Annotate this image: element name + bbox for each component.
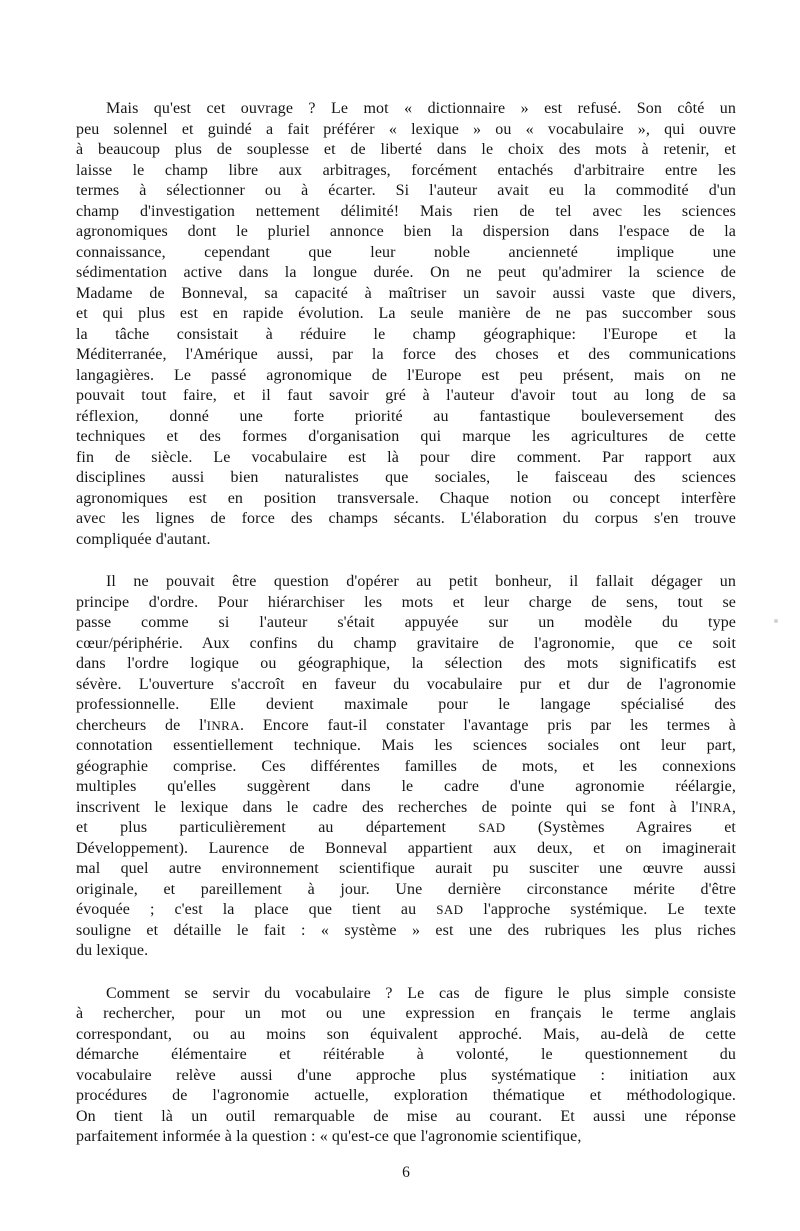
small-caps-acronym: SAD (478, 820, 505, 835)
small-caps-acronym: INRA (207, 718, 240, 733)
text-line: Madame de Bonneval, sa capacité à maîtri… (76, 284, 736, 305)
text-line: avec les lignes de force des champs séca… (76, 509, 736, 530)
text-line: passe comme si l'auteur s'était appuyée … (76, 613, 736, 634)
text-line: Méditerranée, l'Amérique aussi, par la f… (76, 345, 736, 366)
text-line: originale, et pareillement à jour. Une d… (76, 880, 736, 901)
text-line: connotation essentiellement technique. M… (76, 736, 736, 757)
text-line: agronomiques dont le pluriel annonce bie… (76, 222, 736, 243)
text-line: peu solennel et guindé a fait préférer «… (76, 120, 736, 141)
text-line: dans l'ordre logique ou géographique, la… (76, 654, 736, 675)
text-line: pouvait tout faire, et il faut savoir gr… (76, 386, 736, 407)
text-line: à rechercher, pour un mot ou une express… (76, 1004, 736, 1025)
text-line: fin de siècle. Le vocabulaire est là pou… (76, 448, 736, 469)
text-line: multiples qu'elles suggèrent dans le cad… (76, 777, 736, 798)
text-line: Développement). Laurence de Bonneval app… (76, 839, 736, 860)
scan-artifact-dot (774, 619, 778, 623)
text-line: souligne et détaille le fait : « système… (76, 921, 736, 942)
text-line: parfaitement informée à la question : « … (76, 1127, 736, 1148)
text-line: termes à sélectionner ou à écarter. Si l… (76, 181, 736, 202)
text-line: la tâche consistait à réduire le champ g… (76, 325, 736, 346)
small-caps-acronym: SAD (436, 902, 463, 917)
text-line: Mais qu'est cet ouvrage ? Le mot « dicti… (76, 99, 736, 120)
text-line: compliquée d'autant. (76, 530, 736, 551)
text-line: et plus particulièrement au département … (76, 818, 736, 839)
text-line: agronomiques est en position transversal… (76, 489, 736, 510)
text-line: du lexique. (76, 941, 736, 962)
paragraph: Il ne pouvait être question d'opérer au … (76, 572, 736, 962)
text-line: Il ne pouvait être question d'opérer au … (76, 572, 736, 593)
text-line: évoquée ; c'est la place que tient au SA… (76, 900, 736, 921)
body-text: Mais qu'est cet ouvrage ? Le mot « dicti… (76, 99, 736, 1148)
text-line: réflexion, donné une forte priorité au f… (76, 407, 736, 428)
text-line: cœur/périphérie. Aux confins du champ gr… (76, 634, 736, 655)
small-caps-acronym: INRA (699, 800, 732, 815)
text-line: principe d'ordre. Pour hiérarchiser les … (76, 593, 736, 614)
text-line: professionnelle. Elle devient maximale p… (76, 695, 736, 716)
text-line: correspondant, ou au moins son équivalen… (76, 1025, 736, 1046)
text-line: techniques et des formes d'organisation … (76, 427, 736, 448)
paragraph: Comment se servir du vocabulaire ? Le ca… (76, 984, 736, 1148)
text-line: sévère. L'ouverture s'accroît en faveur … (76, 675, 736, 696)
paragraph: Mais qu'est cet ouvrage ? Le mot « dicti… (76, 99, 736, 550)
text-line: chercheurs de l'INRA. Encore faut-il con… (76, 716, 736, 737)
text-line: champ d'investigation nettement délimité… (76, 202, 736, 223)
text-line: Comment se servir du vocabulaire ? Le ca… (76, 984, 736, 1005)
text-line: disciplines aussi bien naturalistes que … (76, 468, 736, 489)
page-number: 6 (76, 1163, 736, 1183)
text-line: vocabulaire relève aussi d'une approche … (76, 1066, 736, 1087)
text-line: démarche élémentaire et réitérable à vol… (76, 1045, 736, 1066)
text-line: langagières. Le passé agronomique de l'E… (76, 366, 736, 387)
text-line: à beaucoup plus de souplesse et de liber… (76, 140, 736, 161)
text-line: géographie comprise. Ces différentes fam… (76, 757, 736, 778)
text-line: mal quel autre environnement scientifiqu… (76, 859, 736, 880)
text-line: inscrivent le lexique dans le cadre des … (76, 798, 736, 819)
text-line: laisse le champ libre aux arbitrages, fo… (76, 161, 736, 182)
text-line: et qui plus est en rapide évolution. La … (76, 304, 736, 325)
text-line: connaissance, cependant que leur noble a… (76, 243, 736, 264)
text-line: sédimentation active dans la longue duré… (76, 263, 736, 284)
text-line: procédures de l'agronomie actuelle, expl… (76, 1086, 736, 1107)
text-line: On tient là un outil remarquable de mise… (76, 1107, 736, 1128)
